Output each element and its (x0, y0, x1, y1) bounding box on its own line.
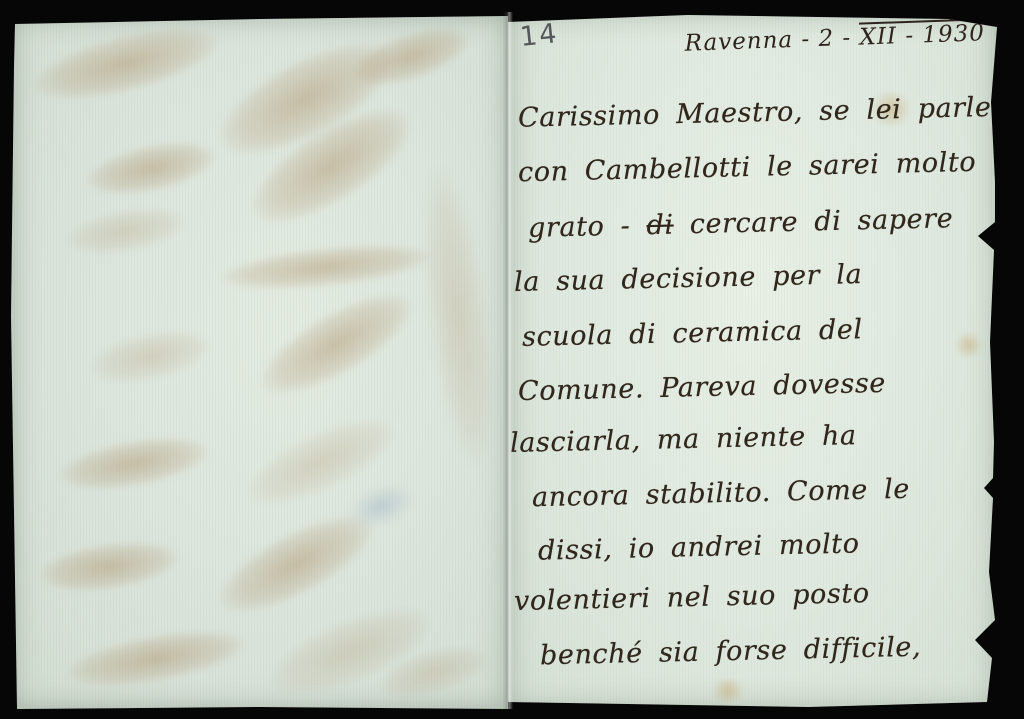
letter-line: con Cambellotti le sarei molto (518, 147, 977, 188)
page-left-blank (11, 16, 508, 709)
bleedthrough-mark (247, 276, 424, 413)
letter-line: Comune. Pareva dovesse (518, 368, 887, 407)
line3-rest: cercare di sapere (673, 203, 953, 240)
letter-line: la sua decisione per la (514, 259, 863, 298)
bleedthrough-mark (63, 201, 188, 261)
foxing-spot (708, 680, 748, 702)
letter-scan: 14 Ravenna - 2 - XII - 1930 Carissimo Ma… (0, 0, 1024, 719)
dateline-place: Ravenna - 2 - (684, 25, 860, 57)
bleedthrough-mark (63, 621, 248, 697)
foxing-spot (954, 332, 984, 358)
bleedthrough-mark (207, 498, 385, 631)
bleedthrough-mark (56, 428, 212, 498)
letter-line: volentieri nel suo posto (514, 578, 870, 617)
dateline-month-year: XII - 1930 (859, 20, 985, 50)
bleedthrough-mark (220, 237, 433, 297)
letter-line: dissi, io andrei molto (538, 528, 860, 566)
letter-line: Carissimo Maestro, se lei parlerà (518, 91, 1022, 133)
bleedthrough-mark (88, 322, 215, 391)
page-right-text: 14 Ravenna - 2 - XII - 1930 Carissimo Ma… (508, 12, 997, 709)
center-fold-crease (503, 12, 513, 709)
letter-line: grato - di cercare di sapere (528, 203, 954, 244)
bleedthrough-mark (83, 133, 220, 204)
line3-prefix: grato - (528, 210, 647, 244)
letter-sheet: 14 Ravenna - 2 - XII - 1930 Carissimo Ma… (11, 12, 997, 709)
letter-line: lasciarla, ma niente ha (510, 420, 857, 459)
letter-line: ancora stabilito. Come le (532, 474, 911, 514)
line3-struck-word: di (646, 210, 674, 242)
pencil-page-number: 14 (518, 18, 559, 53)
letter-line: scuola di ceramica del (522, 314, 863, 353)
bleedthrough-mark (27, 14, 225, 113)
letter-line: benché sia forse difficile, (540, 632, 922, 672)
bleedthrough-mark (413, 164, 504, 468)
dateline: Ravenna - 2 - XII - 1930 (655, 20, 986, 58)
bleedthrough-mark (37, 534, 182, 598)
